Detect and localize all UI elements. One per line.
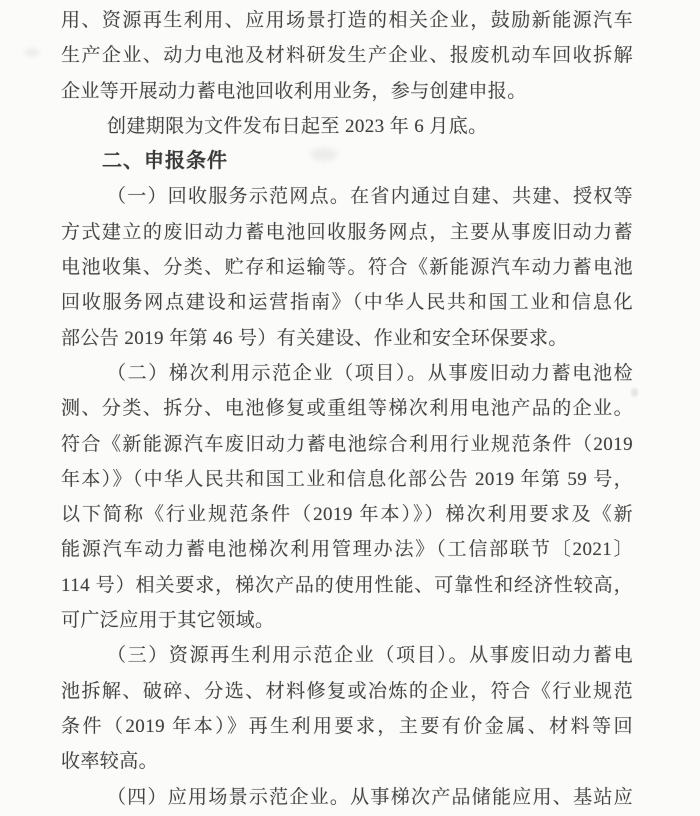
- text-line: 企业等开展动力蓄电池回收利用业务，参与创建申报。: [61, 74, 633, 109]
- paragraph-deadline: 创建期限为文件发布日起至 2023 年 6 月底。: [61, 109, 633, 144]
- text-line: 能源汽车动力蓄电池梯次利用管理办法》（工信部联节〔2021〕: [61, 532, 633, 567]
- paragraph-item-3: （三）资源再生利用示范企业（项目）。从事废旧动力蓄电 池拆解、破碎、分选、材料修…: [61, 638, 633, 779]
- text-line: 收率较高。: [61, 744, 633, 779]
- text-line: （二）梯次利用示范企业（项目）。从事废旧动力蓄电池检: [61, 356, 633, 391]
- text-line: 生产企业、动力电池及材料研发生产企业、报废机动车回收拆解: [61, 38, 633, 73]
- text-line: （一）回收服务示范网点。在省内通过自建、共建、授权等: [61, 179, 633, 214]
- text-line: 电池收集、分类、贮存和运输等。符合《新能源汽车动力蓄电池: [61, 250, 633, 285]
- text-line: 部公告 2019 年第 46 号）有关建设、作业和安全环保要求。: [61, 321, 633, 356]
- text-line: 回收服务网点建设和运营指南》（中华人民共和国工业和信息化: [61, 285, 633, 320]
- text-line: 年本）》（中华人民共和国工业和信息化部公告 2019 年第 59 号，: [61, 462, 633, 497]
- section-heading: 二、申报条件: [61, 144, 633, 179]
- text-line: 114 号）相关要求，梯次产品的使用性能、可靠性和经济性较高，: [61, 568, 633, 603]
- text-line: 可广泛应用于其它领域。: [61, 603, 633, 638]
- paragraph-item-4: （四）应用场景示范企业。从事梯次产品储能应用、基站应: [61, 780, 633, 815]
- paragraph-item-2: （二）梯次利用示范企业（项目）。从事废旧动力蓄电池检 测、分类、拆分、电池修复或…: [61, 356, 633, 638]
- text-line: 创建期限为文件发布日起至 2023 年 6 月底。: [61, 109, 633, 144]
- text-line: 测、分类、拆分、电池修复或重组等梯次利用电池产品的企业。: [61, 391, 633, 426]
- text-line: 符合《新能源汽车废旧动力蓄电池综合利用行业规范条件（2019: [61, 427, 633, 462]
- scanned-document-page: 用、资源再生利用、应用场景打造的相关企业，鼓励新能源汽车 生产企业、动力电池及材…: [0, 0, 700, 816]
- text-line: 用、资源再生利用、应用场景打造的相关企业，鼓励新能源汽车: [61, 3, 633, 38]
- text-line: 以下简称《行业规范条件（2019 年本）》）梯次利用要求及《新: [61, 497, 633, 532]
- text-line: 方式建立的废旧动力蓄电池回收服务网点，主要从事废旧动力蓄: [61, 215, 633, 250]
- text-line: 条件（2019 年本）》再生利用要求，主要有价金属、材料等回: [61, 709, 633, 744]
- text-line: （四）应用场景示范企业。从事梯次产品储能应用、基站应: [61, 780, 633, 815]
- paragraph-item-1: （一）回收服务示范网点。在省内通过自建、共建、授权等 方式建立的废旧动力蓄电池回…: [61, 179, 633, 355]
- text-line: 池拆解、破碎、分选、材料修复或冶炼的企业，符合《行业规范: [61, 674, 633, 709]
- text-line: （三）资源再生利用示范企业（项目）。从事废旧动力蓄电: [61, 638, 633, 673]
- paragraph-intro-continuation: 用、资源再生利用、应用场景打造的相关企业，鼓励新能源汽车 生产企业、动力电池及材…: [61, 3, 633, 109]
- scan-artifact: [24, 48, 40, 57]
